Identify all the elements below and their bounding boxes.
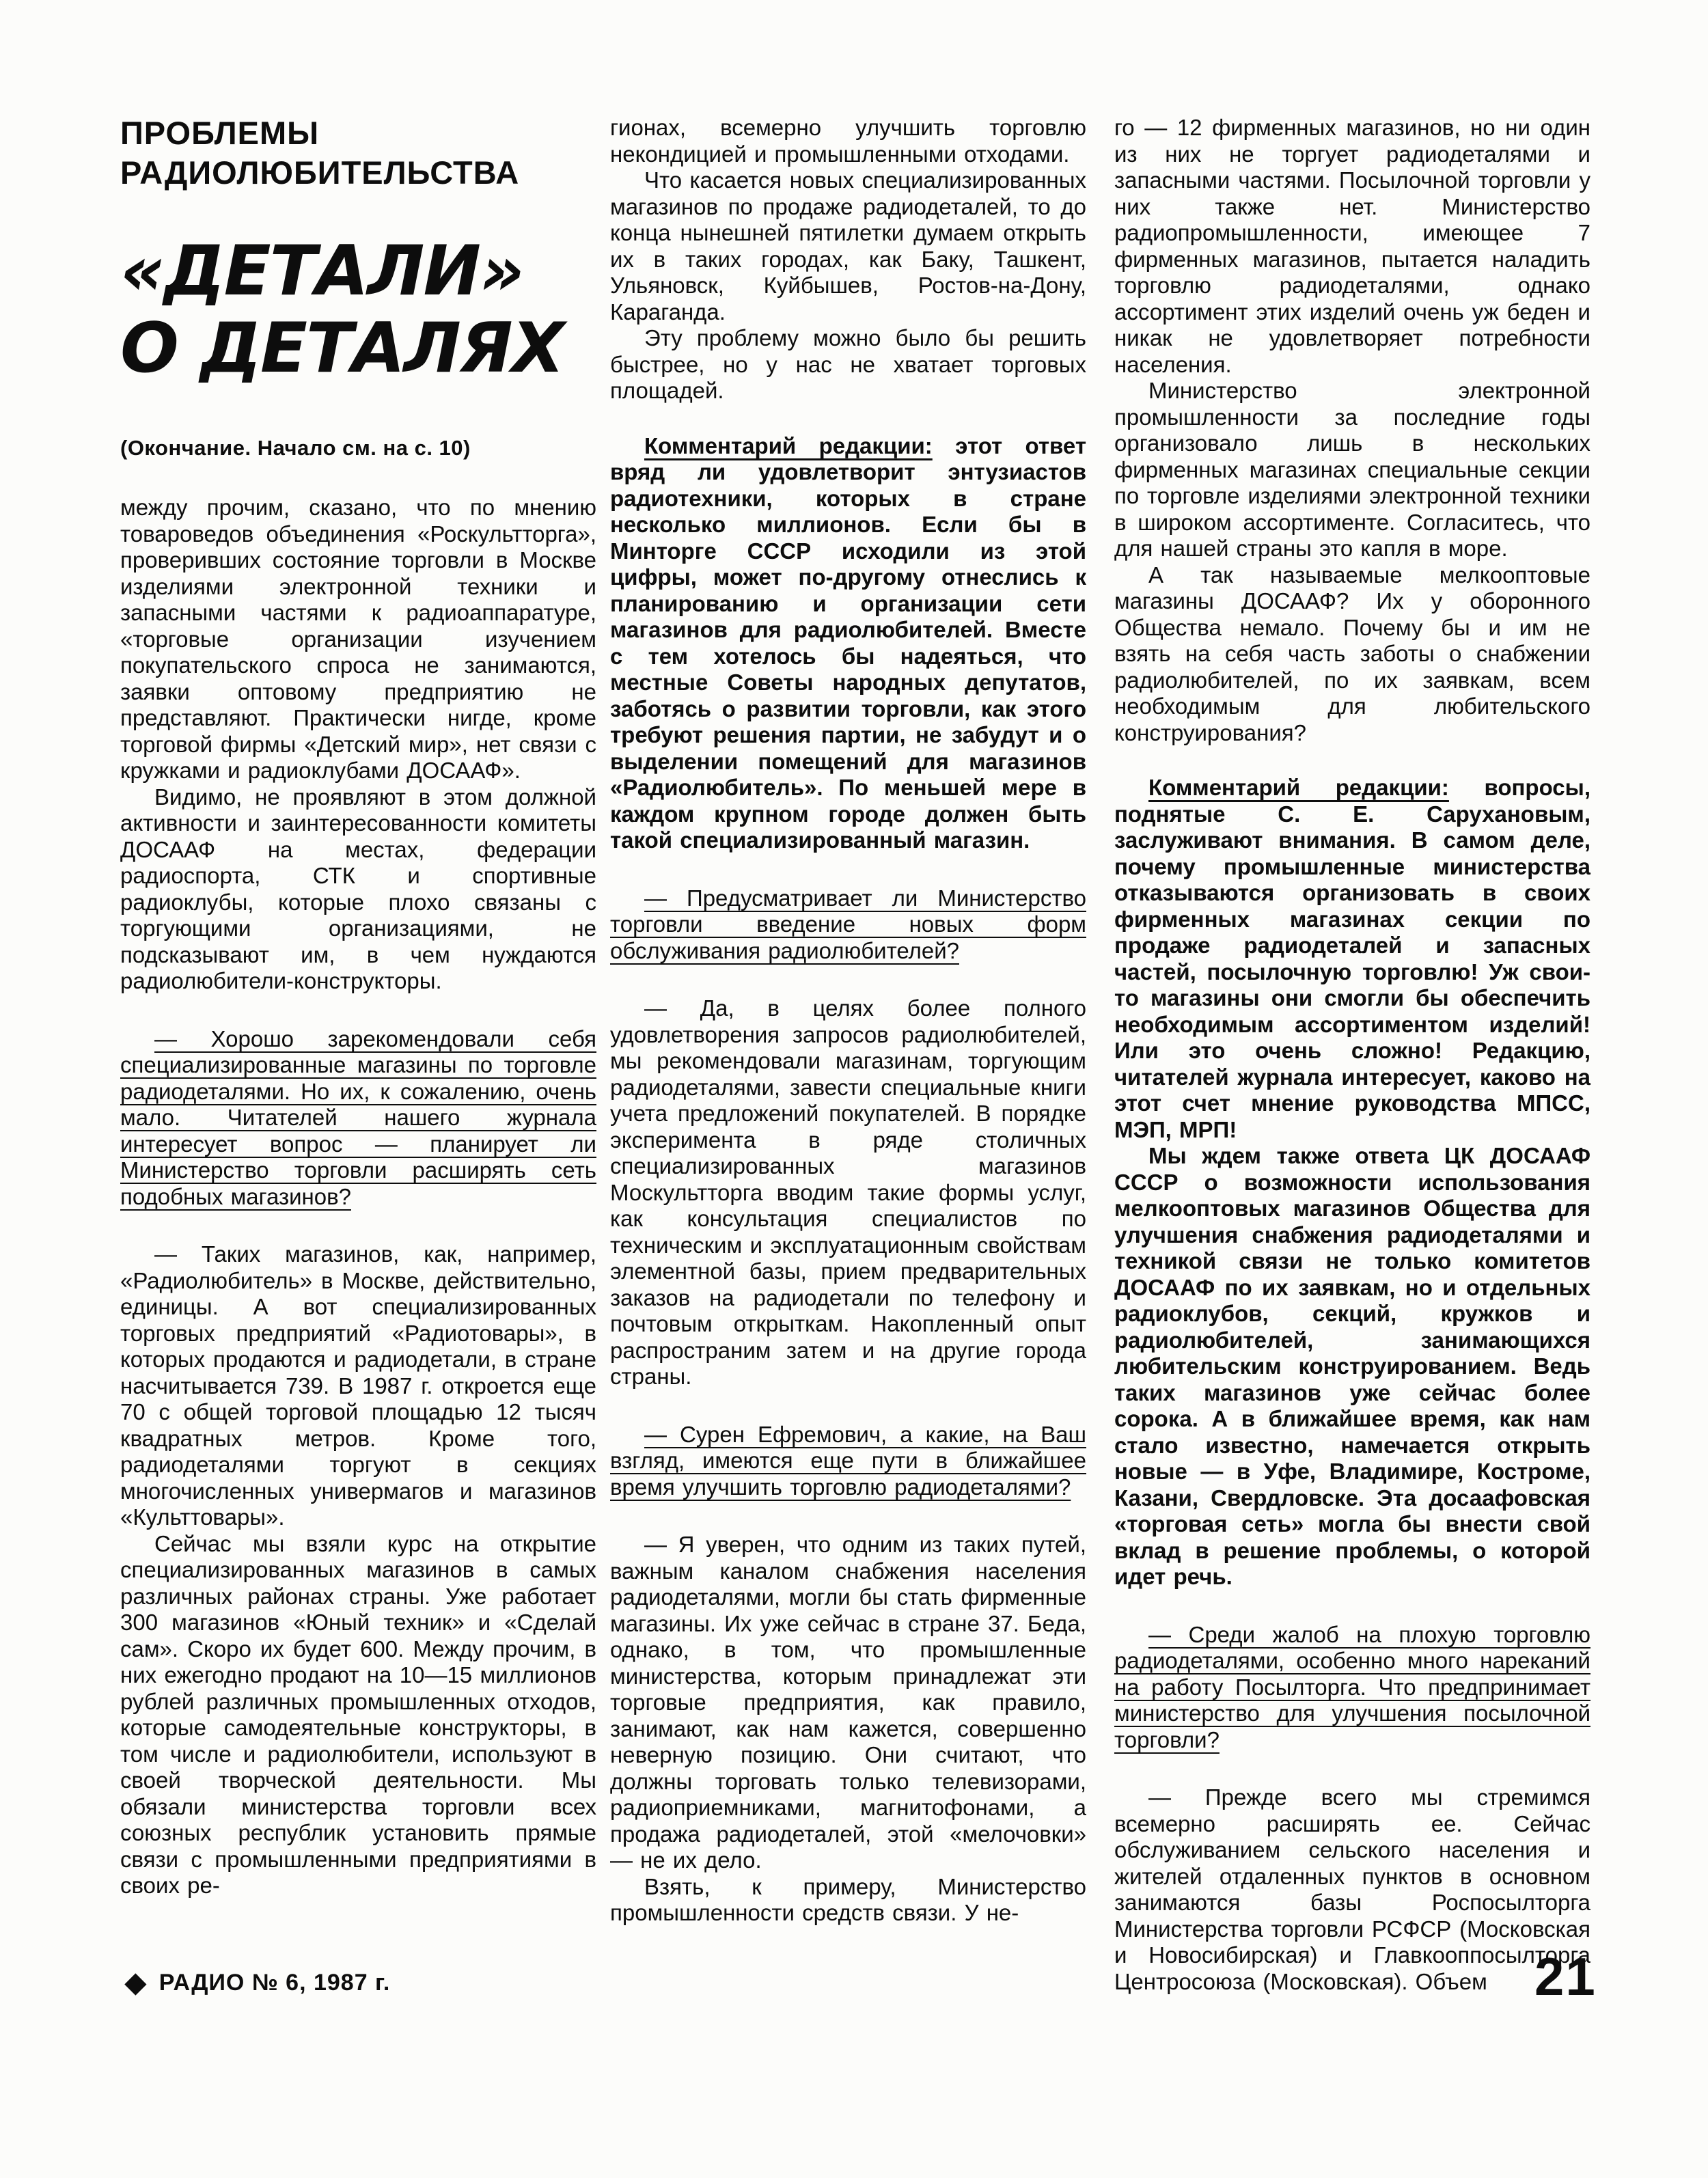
article-title-line2: О ДЕТАЛЯХ	[120, 309, 596, 387]
continuation-note: (Окончание. Начало см. на с. 10)	[120, 436, 596, 460]
interview-answer: — Прежде всего мы стремимся всемерно рас…	[1114, 1784, 1590, 1995]
interview-answer: Сейчас мы взяли курс на открытие специал…	[120, 1531, 596, 1899]
interview-question: — Предусматривает ли Министерство торгов…	[610, 885, 1086, 965]
article-title-line1: «ДЕТАЛИ»	[120, 232, 596, 309]
editorial-comment-text: вопросы, поднятые С. Е. Сарухановым, зас…	[1114, 775, 1590, 1142]
interview-question: — Среди жалоб на плохую торговлю радиоде…	[1114, 1622, 1590, 1754]
paragraph: Министерство электронной промышленности …	[1114, 378, 1590, 562]
interview-answer: Взять, к примеру, Министерство промышлен…	[610, 1874, 1086, 1927]
paragraph: А так называемые мелкооптовые магазины Д…	[1114, 562, 1590, 747]
column-3: го — 12 фирменных магазинов, но ни один …	[1114, 115, 1590, 1995]
editorial-comment-lead: Комментарий редакции:	[1148, 775, 1449, 800]
column-1: ПРОБЛЕМЫ РАДИОЛЮБИТЕЛЬСТВА «ДЕТАЛИ» О ДЕ…	[120, 109, 596, 1899]
article-title: «ДЕТАЛИ» О ДЕТАЛЯХ	[120, 232, 596, 387]
editorial-comment-continuation: Мы ждем также ответа ЦК ДОСААФ СССР о во…	[1114, 1143, 1590, 1590]
magazine-page: ПРОБЛЕМЫ РАДИОЛЮБИТЕЛЬСТВА «ДЕТАЛИ» О ДЕ…	[0, 0, 1708, 2178]
paragraph: Видимо, не проявляют в этом должной акти…	[120, 784, 596, 995]
paragraph: Что касается новых специализированных ма…	[610, 167, 1086, 325]
editorial-comment: Комментарий редакции: этот ответ вряд ли…	[610, 433, 1086, 854]
paragraph: Эту проблему можно было бы решить быстре…	[610, 325, 1086, 404]
editorial-comment-text: этот ответ вряд ли удовлетворит энтузиас…	[610, 433, 1086, 853]
editorial-comment-lead: Комментарий редакции:	[644, 433, 933, 458]
footer-journal-line: ◆ РАДИО № 6, 1987 г.	[125, 1969, 390, 1996]
paragraph: между прочим, сказано, что по мнению тов…	[120, 495, 596, 784]
interview-answer: — Да, в целях более полного удовлетворен…	[610, 995, 1086, 1390]
interview-question: — Сурен Ефремович, а какие, на Ваш взгля…	[610, 1422, 1086, 1501]
interview-question: — Хорошо зарекомендовали себя специализи…	[120, 1026, 596, 1211]
interview-answer: — Я уверен, что одним из таких путей, ва…	[610, 1532, 1086, 1874]
footer-journal-text: РАДИО № 6, 1987 г.	[159, 1970, 391, 1996]
interview-answer: — Таких магазинов, как, например, «Радио…	[120, 1241, 596, 1531]
section-kicker: ПРОБЛЕМЫ РАДИОЛЮБИТЕЛЬСТВА	[120, 113, 503, 193]
page-number: 21	[1534, 1946, 1597, 2008]
diamond-icon: ◆	[125, 1969, 147, 1996]
paragraph: гионах, всемерно улучшить торговлю некон…	[610, 115, 1086, 167]
paragraph: го — 12 фирменных магазинов, но ни один …	[1114, 115, 1590, 378]
editorial-comment: Комментарий редакции: вопросы, поднятые …	[1114, 775, 1590, 1143]
column-2: гионах, всемерно улучшить торговлю некон…	[610, 115, 1086, 1927]
